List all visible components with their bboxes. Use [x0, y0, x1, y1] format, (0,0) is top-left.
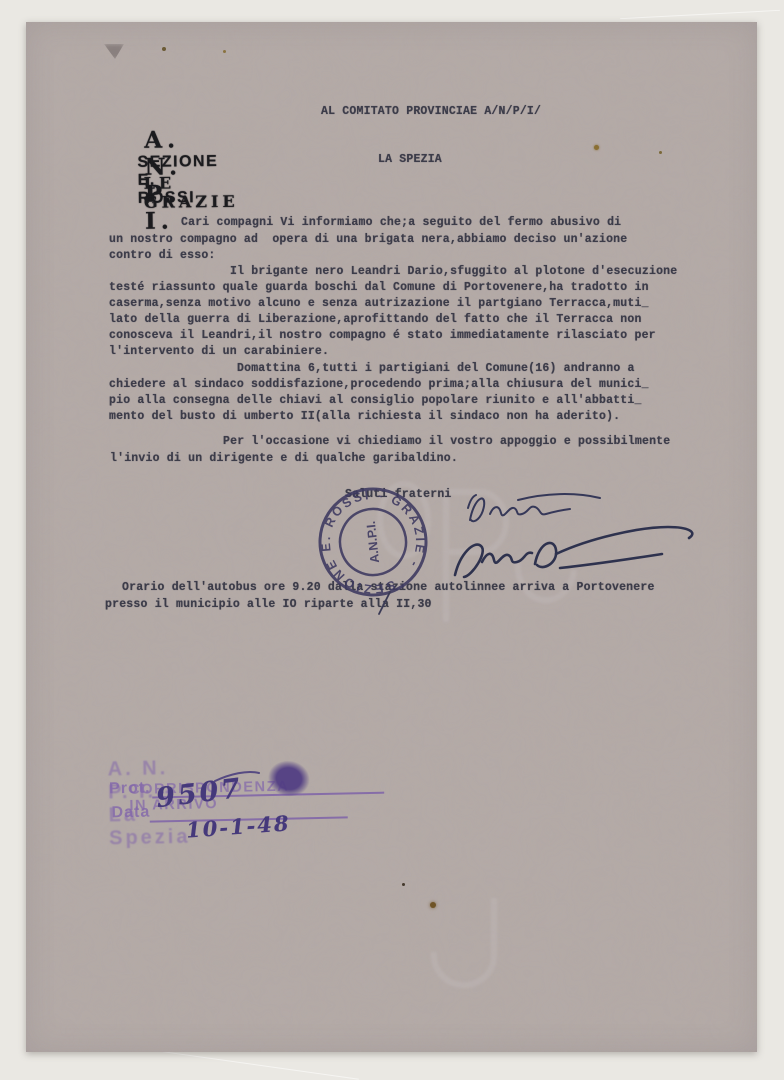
foxing-speck	[223, 50, 226, 53]
foxing-speck	[659, 151, 662, 154]
foxing-speck	[162, 47, 166, 51]
body-line: mento del busto di umberto II(alla richi…	[109, 410, 620, 423]
round-stamp-center-text: A.N.P.I.	[364, 520, 382, 563]
letterhead-place: LE GRAZIE	[144, 173, 239, 212]
body-line: Per l'occasione vi chiediamo il vostro a…	[223, 435, 670, 448]
body-line: Domattina 6,tutti i partigiani del Comun…	[237, 362, 635, 375]
body-line: contro di esso:	[109, 249, 216, 262]
body-line: l'invio di un dirigente e di qualche gar…	[110, 452, 458, 465]
body-line: caserma,senza motivo alcuno e senza autr…	[109, 297, 649, 310]
prot-label: Prot.	[109, 780, 151, 799]
body-line: l'intervento di un carabiniere.	[109, 345, 329, 358]
body-line: un nostro compagno ad opera di una briga…	[109, 233, 627, 246]
recipient-city: LA SPEZIA	[378, 153, 442, 166]
body-line: Cari compagni Vi informiamo che;a seguit…	[181, 216, 621, 229]
foxing-speck	[430, 902, 436, 908]
body-line: chiedere al sindaco soddisfazione,proced…	[109, 378, 649, 391]
recipient-line: AL COMITATO PROVINCIAE A/N/P/I/	[321, 105, 541, 118]
body-line: testé riassunto quale guarda boschi dal …	[109, 281, 649, 294]
scanner-scratch	[620, 10, 780, 19]
foxing-speck	[402, 883, 405, 886]
foxing-speck	[594, 145, 599, 150]
body-line: lato della guerra di Liberazione,aprofit…	[109, 313, 642, 326]
date-label: Data	[111, 804, 150, 823]
corner-crease	[104, 44, 124, 59]
body-line: conosceva il Leandri,il nostro compagno …	[109, 329, 656, 342]
date-value: 10-1-48	[185, 810, 291, 842]
body-line: pio alla consegna delle chiavi al consig…	[109, 394, 642, 407]
body-line: Il brigante nero Leandri Dario,sfuggito …	[230, 265, 677, 278]
